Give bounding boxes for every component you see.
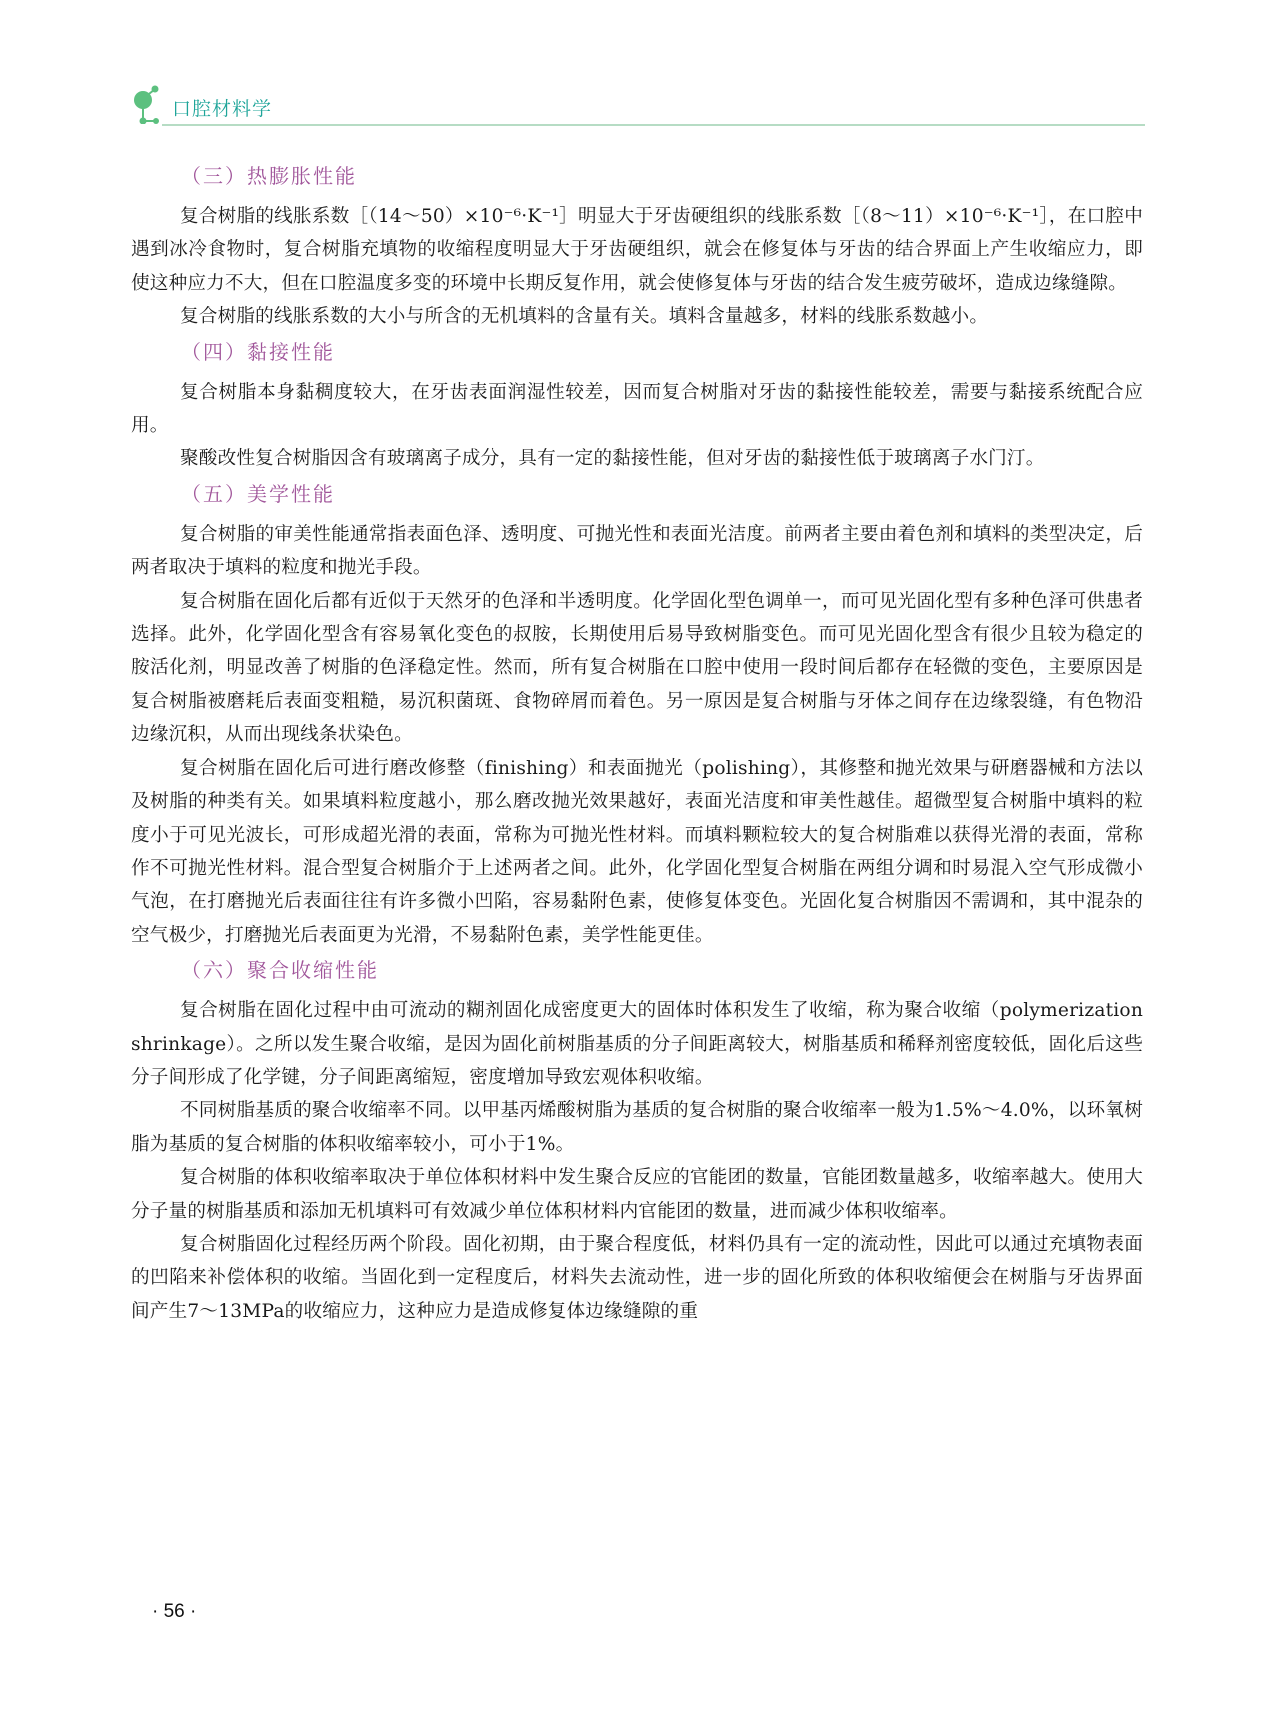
paragraph: 复合树脂在固化后可进行磨改修整（finishing）和表面抛光（polishin…	[131, 752, 1143, 952]
section-aesthetics: （五）美学性能 复合树脂的审美性能通常指表面色泽、透明度、可抛光性和表面光洁度。…	[131, 474, 1143, 952]
section-heading: （五）美学性能	[131, 474, 1143, 514]
section-heading: （三）热膨胀性能	[131, 156, 1143, 196]
paragraph: 不同树脂基质的聚合收缩率不同。以甲基丙烯酸树脂为基质的复合树脂的聚合收缩率一般为…	[131, 1094, 1143, 1161]
running-header: 口腔材料学	[130, 84, 1145, 124]
section-thermal-expansion: （三）热膨胀性能 复合树脂的线胀系数［（14～50）×10⁻⁶·K⁻¹］明显大于…	[131, 156, 1143, 334]
paragraph: 复合树脂的线胀系数［（14～50）×10⁻⁶·K⁻¹］明显大于牙齿硬组织的线胀系…	[131, 200, 1143, 300]
header-divider	[162, 124, 1145, 126]
page-number: · 56 ·	[152, 1601, 196, 1623]
paragraph: 复合树脂在固化后都有近似于天然牙的色泽和半透明度。化学固化型色调单一，而可见光固…	[131, 585, 1143, 752]
section-heading: （六）聚合收缩性能	[131, 950, 1143, 990]
molecule-logo-icon	[130, 84, 170, 124]
page-body: （三）热膨胀性能 复合树脂的线胀系数［（14～50）×10⁻⁶·K⁻¹］明显大于…	[131, 158, 1143, 1328]
section-adhesion: （四）黏接性能 复合树脂本身黏稠度较大，在牙齿表面润湿性较差，因而复合树脂对牙齿…	[131, 332, 1143, 476]
paragraph: 聚酸改性复合树脂因含有玻璃离子成分，具有一定的黏接性能，但对牙齿的黏接性低于玻璃…	[131, 442, 1143, 475]
paragraph: 复合树脂的线胀系数的大小与所含的无机填料的含量有关。填料含量越多，材料的线胀系数…	[131, 300, 1143, 333]
paragraph: 复合树脂的体积收缩率取决于单位体积材料中发生聚合反应的官能团的数量，官能团数量越…	[131, 1161, 1143, 1228]
section-polymerization-shrinkage: （六）聚合收缩性能 复合树脂在固化过程中由可流动的糊剂固化成密度更大的固体时体积…	[131, 950, 1143, 1328]
paragraph: 复合树脂的审美性能通常指表面色泽、透明度、可抛光性和表面光洁度。前两者主要由着色…	[131, 518, 1143, 585]
paragraph: 复合树脂在固化过程中由可流动的糊剂固化成密度更大的固体时体积发生了收缩，称为聚合…	[131, 994, 1143, 1094]
section-heading: （四）黏接性能	[131, 332, 1143, 372]
paragraph: 复合树脂本身黏稠度较大，在牙齿表面润湿性较差，因而复合树脂对牙齿的黏接性能较差，…	[131, 376, 1143, 443]
book-title: 口腔材料学	[172, 94, 272, 121]
paragraph: 复合树脂固化过程经历两个阶段。固化初期，由于聚合程度低，材料仍具有一定的流动性，…	[131, 1228, 1143, 1328]
